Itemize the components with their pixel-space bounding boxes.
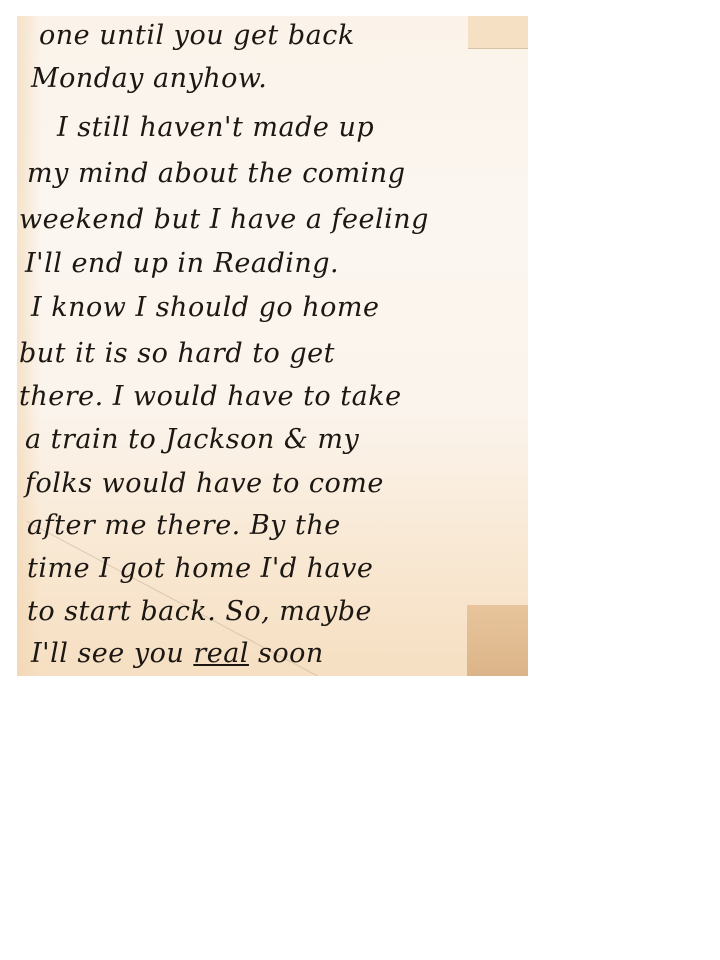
handwritten-text: one until you get back Monday anyhow. I … bbox=[17, 16, 528, 676]
text-line-9: there. I would have to take bbox=[19, 381, 402, 412]
text-line-2: Monday anyhow. bbox=[31, 63, 267, 94]
text-line-8: but it is so hard to get bbox=[19, 338, 335, 369]
text-line-5: weekend but I have a feeling bbox=[19, 204, 429, 235]
text-line-6: I'll end up in Reading. bbox=[25, 248, 339, 279]
letter-page: one until you get back Monday anyhow. I … bbox=[17, 16, 528, 676]
text-line-12: after me there. By the bbox=[27, 510, 341, 541]
text-line-7: I know I should go home bbox=[31, 292, 379, 323]
text-line-3: I still haven't made up bbox=[57, 112, 374, 143]
text-line-1: one until you get back bbox=[39, 20, 355, 51]
underlined-word: real bbox=[193, 638, 249, 669]
text-line-11: folks would have to come bbox=[25, 468, 384, 499]
text-line-10: a train to Jackson & my bbox=[25, 424, 359, 455]
text-line-15: I'll see you real soon bbox=[31, 638, 324, 669]
text-line-4: my mind about the coming bbox=[27, 158, 405, 189]
text-line-14: to start back. So, maybe bbox=[27, 596, 372, 627]
text-line-13: time I got home I'd have bbox=[27, 553, 373, 584]
